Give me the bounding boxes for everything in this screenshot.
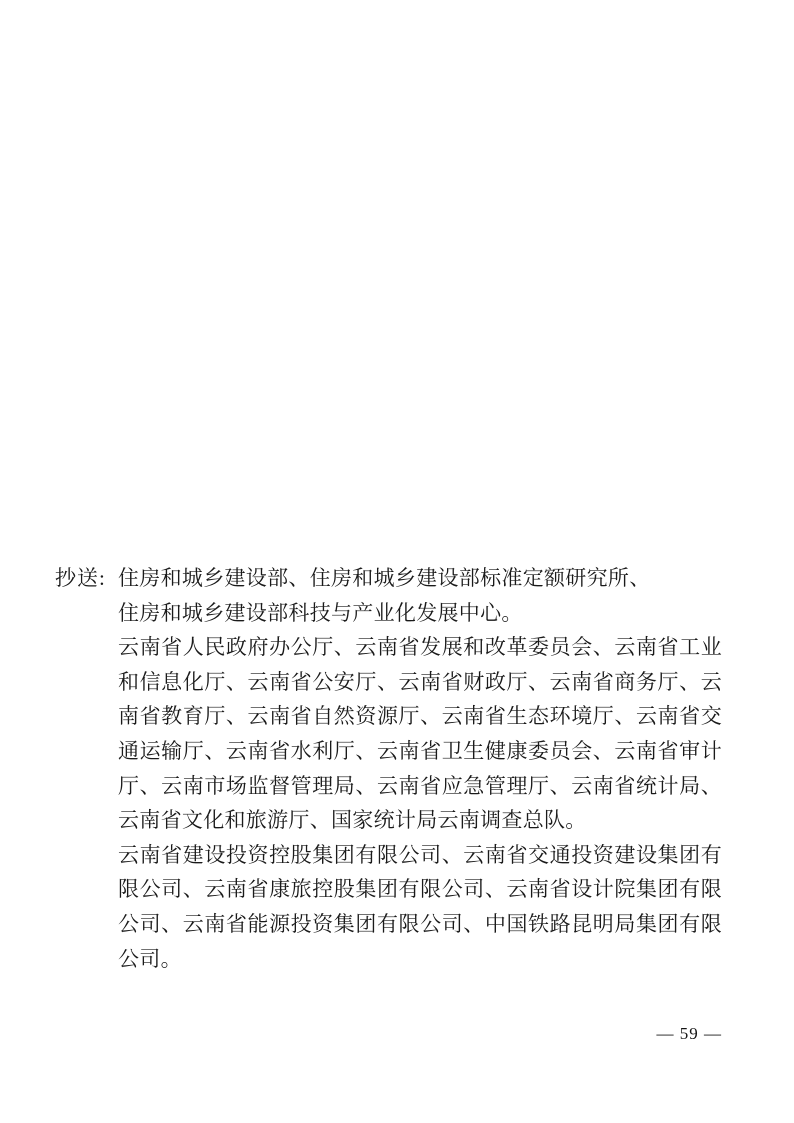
page-footer: — 59 — xyxy=(657,1022,723,1046)
copy-to-line: 和信息化厅、云南省公安厅、云南省财政厅、云南省商务厅、云 xyxy=(118,665,722,700)
copy-to-line: 云南省文化和旅游厅、国家统计局云南调查总队。 xyxy=(118,803,722,838)
copy-to-label: 抄送: xyxy=(55,561,106,596)
copy-to-line: 云南省建设投资控股集团有限公司、云南省交通投资建设集团有 xyxy=(118,838,722,873)
copy-to-line: 通运输厅、云南省水利厅、云南省卫生健康委员会、云南省审计 xyxy=(118,734,722,769)
copy-to-line: 住房和城乡建设部科技与产业化发展中心。 xyxy=(118,596,722,631)
copy-to-line: 住房和城乡建设部、住房和城乡建设部标准定额研究所、 xyxy=(118,561,722,596)
copy-to-line: 公司。 xyxy=(118,942,722,977)
document-page: 抄送: 住房和城乡建设部、住房和城乡建设部标准定额研究所、住房和城乡建设部科技与… xyxy=(0,0,794,1123)
copy-to-line: 南省教育厅、云南省自然资源厅、云南省生态环境厅、云南省交 xyxy=(118,699,722,734)
copy-to-line: 厅、云南市场监督管理局、云南省应急管理厅、云南省统计局、 xyxy=(118,769,722,804)
page-number: — 59 — xyxy=(657,1024,723,1043)
copy-to-line: 限公司、云南省康旅控股集团有限公司、云南省设计院集团有限 xyxy=(118,872,722,907)
copy-to-section: 抄送: 住房和城乡建设部、住房和城乡建设部标准定额研究所、住房和城乡建设部科技与… xyxy=(55,561,722,976)
copy-to-lines: 住房和城乡建设部、住房和城乡建设部标准定额研究所、住房和城乡建设部科技与产业化发… xyxy=(118,561,722,976)
copy-to-line: 公司、云南省能源投资集团有限公司、中国铁路昆明局集团有限 xyxy=(118,907,722,942)
copy-to-line: 云南省人民政府办公厅、云南省发展和改革委员会、云南省工业 xyxy=(118,630,722,665)
